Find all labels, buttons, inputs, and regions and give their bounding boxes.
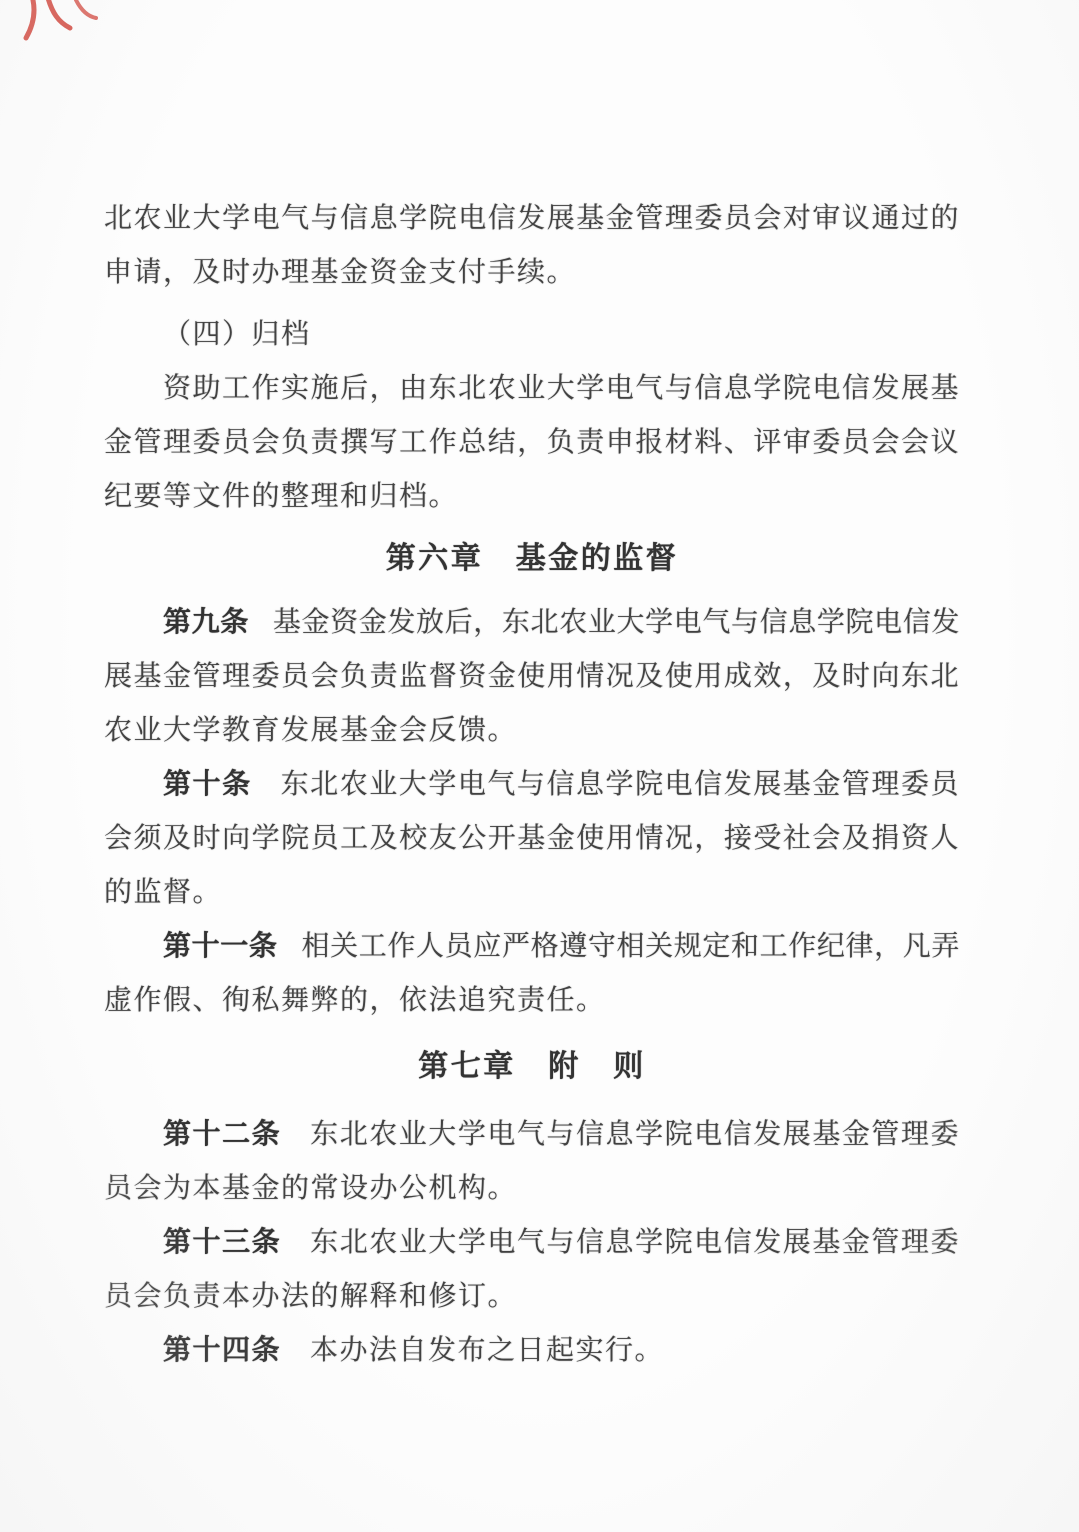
article-14: 第十四条本办法自发布之日起实行。 [104, 1324, 960, 1378]
article-10: 第十条东北农业大学电气与信息学院电信发展基金管理委员 会须及时向学院员工及校友公… [104, 758, 960, 920]
article-11: 第十一条相关工作人员应严格遵守相关规定和工作纪律，凡弄 虚作假、徇私舞弊的，依法… [104, 920, 960, 1028]
article-number: 第十三条 [163, 1227, 281, 1258]
text-line: 农业大学教育发展基金会反馈。 [104, 704, 960, 758]
article-9: 第九条基金资金发放后，东北农业大学电气与信息学院电信发 展基金管理委员会负责监督… [104, 596, 960, 758]
article-number: 第十四条 [163, 1335, 281, 1366]
chapter-heading-7: 第七章 附 则 [104, 1038, 960, 1096]
text-line: 第十三条东北农业大学电气与信息学院电信发展基金管理委 [104, 1216, 960, 1270]
article-number: 第九条 [163, 607, 249, 638]
text-line: 会须及时向学院员工及校友公开基金使用情况，接受社会及捐资人 [104, 812, 960, 866]
text-line: 北农业大学电气与信息学院电信发展基金管理委员会对审议通过的 [104, 192, 960, 246]
article-number: 第十条 [163, 769, 252, 800]
text-line: 第十四条本办法自发布之日起实行。 [104, 1324, 960, 1378]
article-12: 第十二条东北农业大学电气与信息学院电信发展基金管理委 员会为本基金的常设办公机构… [104, 1108, 960, 1216]
text-line: 员会为本基金的常设办公机构。 [104, 1162, 960, 1216]
article-text: 东北农业大学电气与信息学院电信发展基金管理委员 [281, 769, 960, 800]
paragraph-continuation: 北农业大学电气与信息学院电信发展基金管理委员会对审议通过的 申请，及时办理基金资… [104, 192, 960, 300]
paragraph-archive-duties: 资助工作实施后，由东北农业大学电气与信息学院电信发展基 金管理委员会负责撰写工作… [104, 362, 960, 524]
article-13: 第十三条东北农业大学电气与信息学院电信发展基金管理委 员会负责本办法的解释和修订… [104, 1216, 960, 1324]
text-line: 虚作假、徇私舞弊的，依法追究责任。 [104, 974, 960, 1028]
article-text: 本办法自发布之日起实行。 [310, 1335, 664, 1366]
article-number: 第十一条 [163, 931, 278, 962]
text-line: 纪要等文件的整理和归档。 [104, 470, 960, 524]
scanned-document-page: 北农业大学电气与信息学院电信发展基金管理委员会对审议通过的 申请，及时办理基金资… [0, 0, 1079, 1532]
document-text-block: 北农业大学电气与信息学院电信发展基金管理委员会对审议通过的 申请，及时办理基金资… [104, 192, 960, 1378]
text-line: 展基金管理委员会负责监督资金使用情况及使用成效，及时向东北 [104, 650, 960, 704]
article-text: 基金资金发放后，东北农业大学电气与信息学院电信发 [273, 607, 960, 638]
text-line: 申请，及时办理基金资金支付手续。 [104, 246, 960, 300]
article-text: 东北农业大学电气与信息学院电信发展基金管理委 [310, 1119, 960, 1150]
text-line: 的监督。 [104, 866, 960, 920]
text-line: 第十条东北农业大学电气与信息学院电信发展基金管理委员 [104, 758, 960, 812]
list-item-4-archive: （四）归档 [104, 308, 960, 362]
text-line: 第九条基金资金发放后，东北农业大学电气与信息学院电信发 [104, 596, 960, 650]
text-line: 员会负责本办法的解释和修订。 [104, 1270, 960, 1324]
article-number: 第十二条 [163, 1119, 281, 1150]
text-line: 第十一条相关工作人员应严格遵守相关规定和工作纪律，凡弄 [104, 920, 960, 974]
text-line: 资助工作实施后，由东北农业大学电气与信息学院电信发展基 [104, 362, 960, 416]
text-line: 第十二条东北农业大学电气与信息学院电信发展基金管理委 [104, 1108, 960, 1162]
chapter-heading-6: 第六章 基金的监督 [104, 530, 960, 588]
article-text: 东北农业大学电气与信息学院电信发展基金管理委 [310, 1227, 960, 1258]
text-line: 金管理委员会负责撰写工作总结，负责申报材料、评审委员会会议 [104, 416, 960, 470]
text-line: （四）归档 [104, 308, 960, 362]
red-pen-marks-icon [18, 0, 108, 64]
article-text: 相关工作人员应严格遵守相关规定和工作纪律，凡弄 [302, 931, 960, 962]
